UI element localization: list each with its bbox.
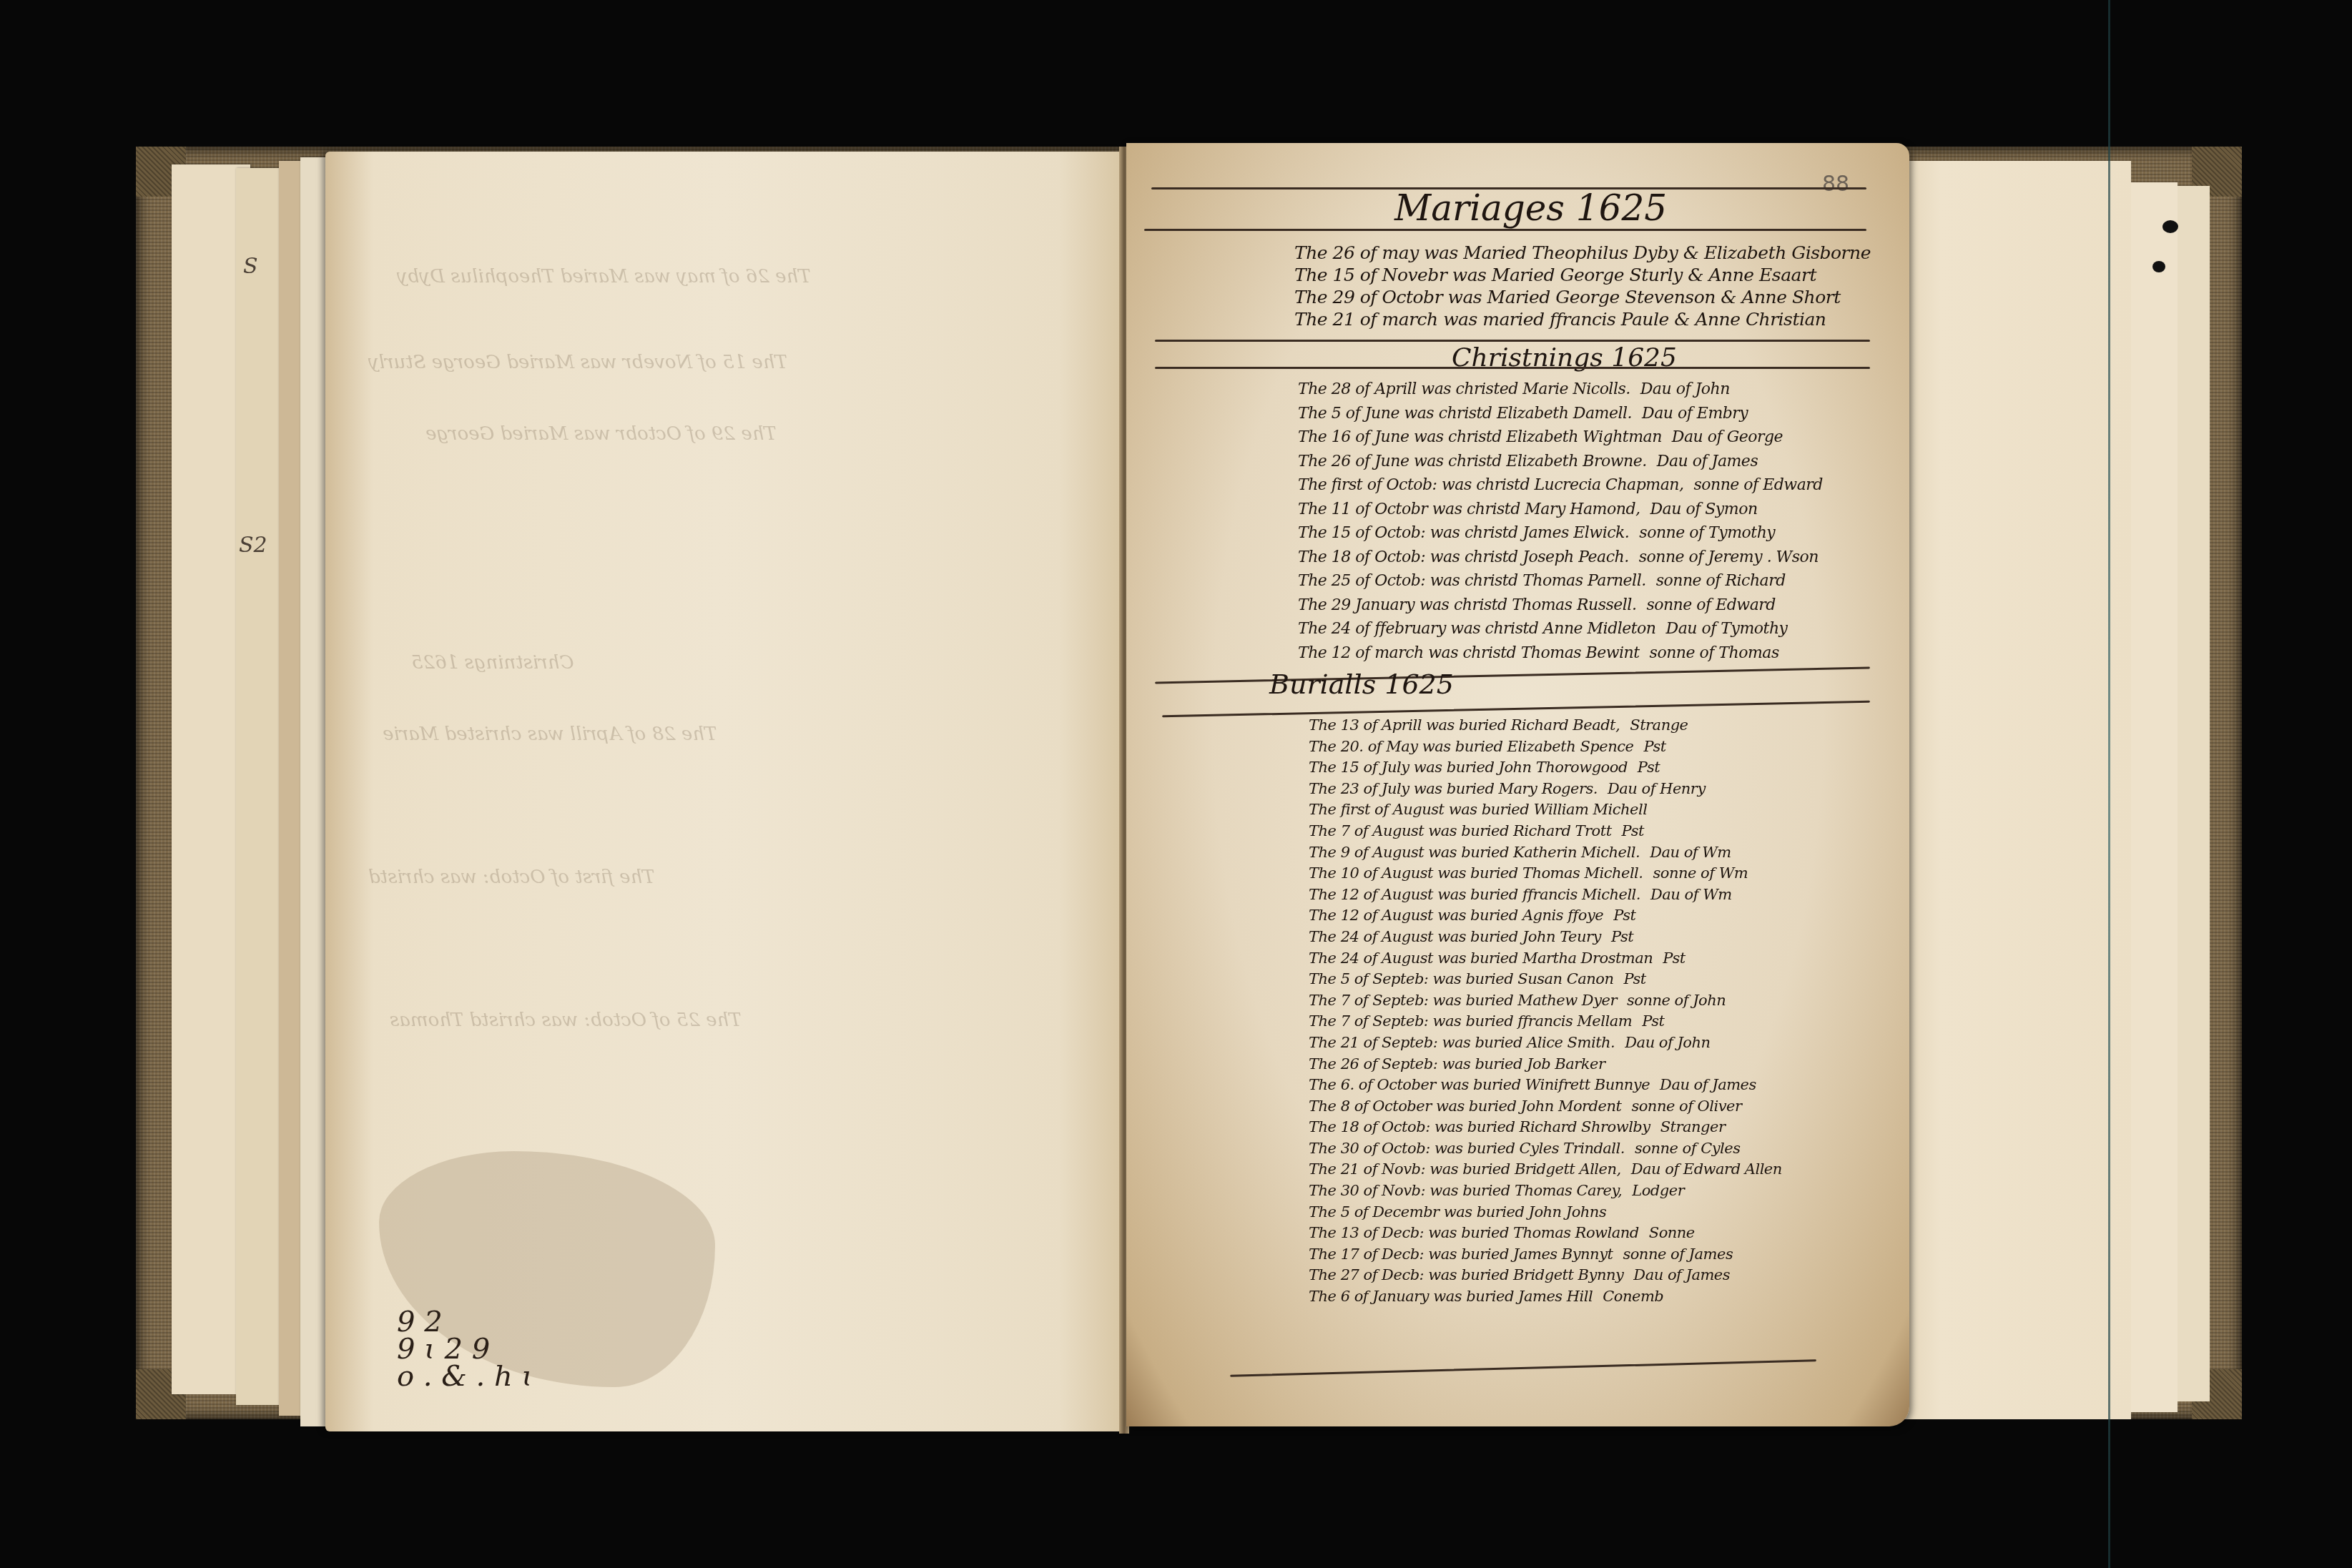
register-entry: The 29 January was christd Thomas Russel… bbox=[1298, 593, 1870, 618]
underlying-leaf-strip bbox=[2131, 182, 2178, 1412]
register-entry: The 5 of June was christd Elizabeth Dame… bbox=[1298, 402, 1870, 426]
paper-hole bbox=[2152, 261, 2165, 272]
bleed-through-text: Christnings 1625 bbox=[411, 652, 574, 674]
register-entry: The 26 of Septeb: was buried Job Barker bbox=[1309, 1054, 1881, 1075]
christening-entries: The 28 of Aprill was christed Marie Nico… bbox=[1298, 378, 1870, 665]
register-entry: The 9 of August was buried Katherin Mich… bbox=[1309, 842, 1881, 864]
ruled-line bbox=[1155, 367, 1870, 369]
register-entry: The 17 of Decb: was buried James Bynnyts… bbox=[1309, 1244, 1881, 1266]
register-entry: The 24 of August was buried John TeuryPs… bbox=[1309, 927, 1881, 948]
register-entry: The 13 of Aprill was buried Richard Bead… bbox=[1309, 715, 1881, 736]
section-title-burials: Burialls 1625 bbox=[1269, 669, 1454, 700]
bleed-through-text: The 15 of Novebr was Maried George Sturl… bbox=[368, 352, 787, 373]
bleed-through-text: The first of Octob: was christd bbox=[368, 867, 655, 888]
register-entry: The 15 of Novebr was Maried George Sturl… bbox=[1294, 264, 1866, 286]
register-entry: The 5 of Septeb: was buried Susan CanonP… bbox=[1309, 969, 1881, 990]
register-entry: The 21 of Novb: was buried Bridgett Alle… bbox=[1309, 1159, 1881, 1180]
register-entry: The 5 of Decembr was buried John Johns bbox=[1309, 1202, 1881, 1223]
folio-number: 88 bbox=[1822, 172, 1849, 197]
register-entry: The 26 of may was Maried Theophilus Dyby… bbox=[1294, 242, 1866, 264]
register-entry: The first of Octob: was christd Lucrecia… bbox=[1298, 473, 1870, 498]
stain-annotation: 9 2 9 ɩ 2 9 o . & . h ɩ bbox=[397, 1308, 533, 1390]
bleed-through-text: The 29 of Octobr was Maried George bbox=[425, 423, 777, 445]
bleed-through-text: The 26 of may was Maried Theophilus Dyby bbox=[397, 266, 811, 287]
paper-hole bbox=[2162, 220, 2178, 233]
register-entry: The 28 of Aprill was christed Marie Nico… bbox=[1298, 378, 1870, 402]
ruled-line bbox=[1144, 229, 1866, 231]
register-entry: The 16 of June was christd Elizabeth Wig… bbox=[1298, 425, 1870, 450]
register-entry: The 29 of Octobr was Maried George Steve… bbox=[1294, 286, 1866, 308]
register-entry: The 10 of August was buried Thomas Miche… bbox=[1309, 863, 1881, 884]
burial-entries: The 13 of Aprill was buried Richard Bead… bbox=[1309, 715, 1881, 1308]
register-entry: The 11 of Octobr was christd Mary Hamond… bbox=[1298, 498, 1870, 522]
register-entry: The 23 of July was buried Mary Rogers.Da… bbox=[1309, 779, 1881, 800]
register-entry: The 12 of August was buried Agnis ffoyeP… bbox=[1309, 905, 1881, 927]
register-entry: The 15 of July was buried John Thorowgoo… bbox=[1309, 757, 1881, 779]
underlying-leaf-strip bbox=[2178, 186, 2210, 1401]
strip-mark: S2 bbox=[239, 533, 267, 558]
section-title-marriages: Mariages 1625 bbox=[1394, 187, 1667, 229]
register-entry: The 24 of August was buried Martha Drost… bbox=[1309, 948, 1881, 970]
register-entry: The 30 of Octob: was buried Cyles Trinda… bbox=[1309, 1138, 1881, 1160]
bleed-through-text: The 25 of Octob: was christd Thomas bbox=[390, 1010, 742, 1031]
marriage-entries: The 26 of may was Maried Theophilus Dyby… bbox=[1294, 242, 1866, 330]
register-entry: The 6 of January was buried James HillCo… bbox=[1309, 1286, 1881, 1308]
register-entry: The 6. of October was buried Winifrett B… bbox=[1309, 1075, 1881, 1096]
glass-plate-edge bbox=[2108, 0, 2110, 1568]
register-entry: The 30 of Novb: was buried Thomas Carey,… bbox=[1309, 1180, 1881, 1202]
register-entry: The 24 of ffebruary was christd Anne Mid… bbox=[1298, 617, 1870, 641]
register-entry: The 21 of march was maried ffrancis Paul… bbox=[1294, 308, 1866, 330]
register-entry: The 18 of Octob: was christd Joseph Peac… bbox=[1298, 546, 1870, 570]
register-entry: The 20. of May was buried Elizabeth Spen… bbox=[1309, 736, 1881, 758]
register-entry: The 18 of Octob: was buried Richard Shro… bbox=[1309, 1117, 1881, 1138]
register-entry: The 21 of Septeb: was buried Alice Smith… bbox=[1309, 1032, 1881, 1054]
register-entry: The 25 of Octob: was christd Thomas Parn… bbox=[1298, 569, 1870, 593]
strip-mark: S bbox=[243, 254, 258, 279]
register-entry: The 15 of Octob: was christd James Elwic… bbox=[1298, 521, 1870, 546]
register-entry: The 7 of Septeb: was buried ffrancis Mel… bbox=[1309, 1011, 1881, 1032]
ruled-line bbox=[1155, 340, 1870, 342]
bleed-through-text: The 28 of Aprill was christed Marie bbox=[383, 724, 717, 745]
register-entry: The 27 of Decb: was buried Bridgett Bynn… bbox=[1309, 1265, 1881, 1286]
register-entry: The first of August was buried William M… bbox=[1309, 799, 1881, 821]
register-entry: The 8 of October was buried John Mordent… bbox=[1309, 1096, 1881, 1118]
register-entry: The 26 of June was christd Elizabeth Bro… bbox=[1298, 450, 1870, 474]
register-entry: The 12 of August was buried ffrancis Mic… bbox=[1309, 884, 1881, 906]
register-entry: The 13 of Decb: was buried Thomas Rowlan… bbox=[1309, 1223, 1881, 1244]
register-entry: The 12 of march was christd Thomas Bewin… bbox=[1298, 641, 1870, 666]
register-entry: The 7 of August was buried Richard Trott… bbox=[1309, 821, 1881, 842]
register-entry: The 7 of Septeb: was buried Mathew Dyers… bbox=[1309, 990, 1881, 1012]
